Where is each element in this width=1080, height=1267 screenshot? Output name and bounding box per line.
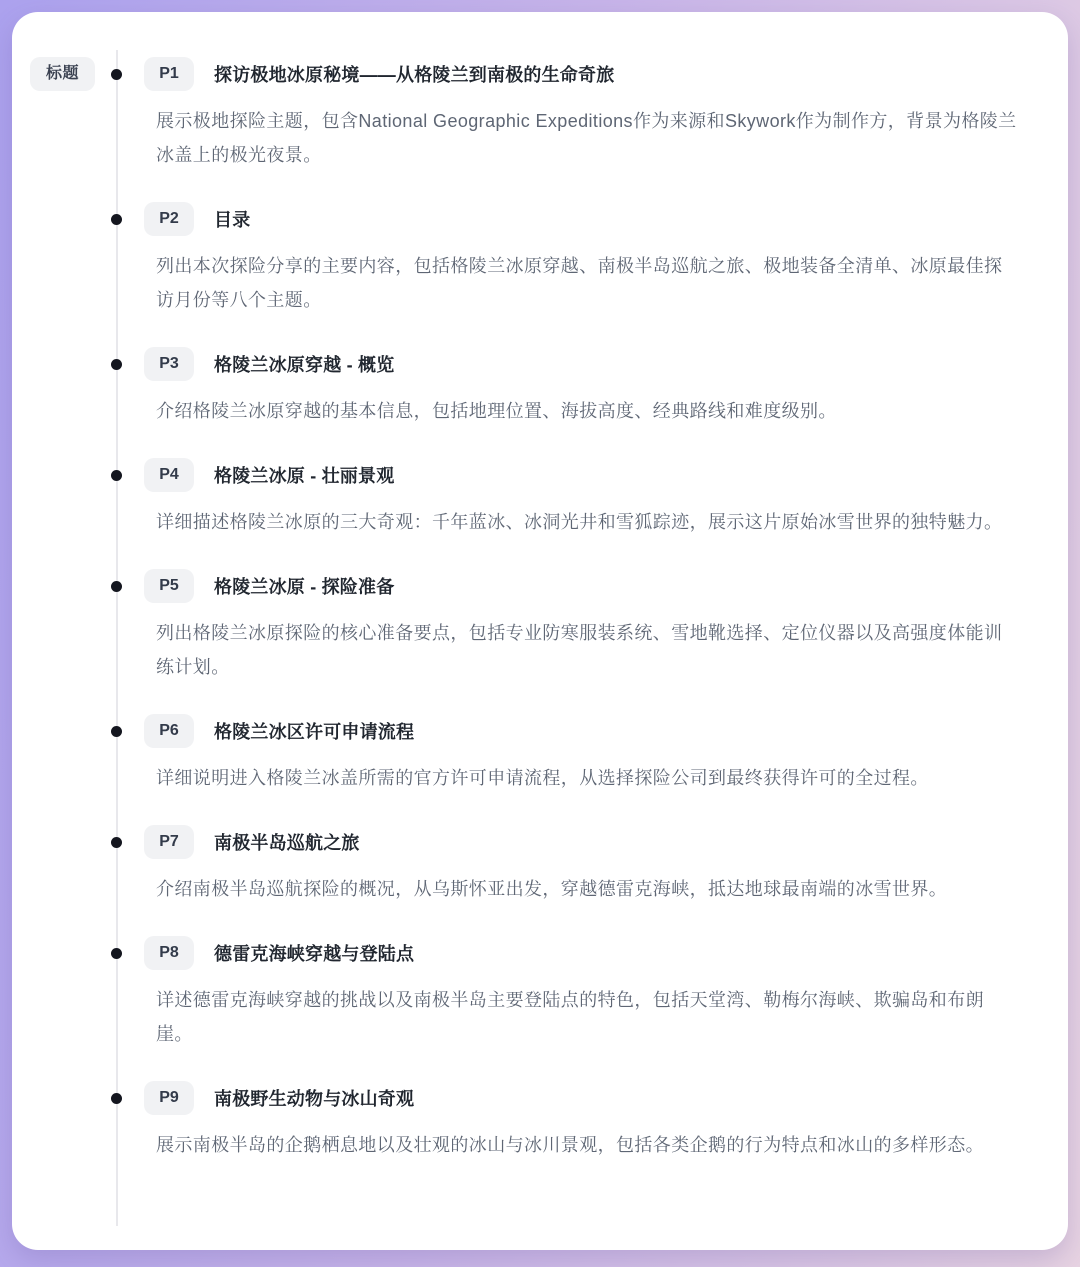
timeline-dot-icon <box>111 1093 122 1104</box>
entry-description: 列出本次探险分享的主要内容，包括格陵兰冰原穿越、南极半岛巡航之旅、极地装备全清单… <box>156 249 1020 317</box>
entry-description: 展示南极半岛的企鹅栖息地以及壮观的冰山与冰川景观，包括各类企鹅的行为特点和冰山的… <box>156 1128 1020 1162</box>
timeline-dot-icon <box>111 214 122 225</box>
entry-header: P5 格陵兰冰原 - 探险准备 <box>144 569 1020 603</box>
timeline-dot-icon <box>111 948 122 959</box>
entry-description: 详细描述格陵兰冰原的三大奇观：千年蓝冰、冰洞光井和雪狐踪迹，展示这片原始冰雪世界… <box>156 505 1020 539</box>
outline-entry[interactable]: P1 探访极地冰原秘境——从格陵兰到南极的生命奇旅 展示极地探险主题，包含Nat… <box>144 57 1020 172</box>
page-number-badge: P3 <box>144 347 194 381</box>
entry-title: 格陵兰冰原 - 壮丽景观 <box>214 462 394 488</box>
entry-title: 德雷克海峡穿越与登陆点 <box>214 940 414 966</box>
page-number-badge: P1 <box>144 57 194 91</box>
entry-header: P9 南极野生动物与冰山奇观 <box>144 1081 1020 1115</box>
outline-entry[interactable]: P5 格陵兰冰原 - 探险准备 列出格陵兰冰原探险的核心准备要点，包括专业防寒服… <box>144 569 1020 684</box>
page-number-badge: P9 <box>144 1081 194 1115</box>
outline-entry[interactable]: P6 格陵兰冰区许可申请流程 详细说明进入格陵兰冰盖所需的官方许可申请流程，从选… <box>144 714 1020 795</box>
entry-title: 探访极地冰原秘境——从格陵兰到南极的生命奇旅 <box>214 61 614 87</box>
timeline-dot-icon <box>111 69 122 80</box>
entry-description: 详细说明进入格陵兰冰盖所需的官方许可申请流程，从选择探险公司到最终获得许可的全过… <box>156 761 1020 795</box>
page-number-badge: P2 <box>144 202 194 236</box>
page-number-badge: P5 <box>144 569 194 603</box>
page-number-badge: P6 <box>144 714 194 748</box>
entry-description: 介绍南极半岛巡航探险的概况，从乌斯怀亚出发，穿越德雷克海峡，抵达地球最南端的冰雪… <box>156 872 1020 906</box>
entry-header: P8 德雷克海峡穿越与登陆点 <box>144 936 1020 970</box>
outline-entry[interactable]: P3 格陵兰冰原穿越 - 概览 介绍格陵兰冰原穿越的基本信息，包括地理位置、海拔… <box>144 347 1020 428</box>
outline-entry[interactable]: P2 目录 列出本次探险分享的主要内容，包括格陵兰冰原穿越、南极半岛巡航之旅、极… <box>144 202 1020 317</box>
outline-entry[interactable]: P4 格陵兰冰原 - 壮丽景观 详细描述格陵兰冰原的三大奇观：千年蓝冰、冰洞光井… <box>144 458 1020 539</box>
outline-entry[interactable]: P7 南极半岛巡航之旅 介绍南极半岛巡航探险的概况，从乌斯怀亚出发，穿越德雷克海… <box>144 825 1020 906</box>
entry-header: P6 格陵兰冰区许可申请流程 <box>144 714 1020 748</box>
outline-card: 标题 P1 探访极地冰原秘境——从格陵兰到南极的生命奇旅 展示极地探险主题，包含… <box>12 12 1068 1250</box>
entry-header: P1 探访极地冰原秘境——从格陵兰到南极的生命奇旅 <box>144 57 1020 91</box>
page-number-badge: P4 <box>144 458 194 492</box>
timeline-dot-icon <box>111 581 122 592</box>
entry-header: P4 格陵兰冰原 - 壮丽景观 <box>144 458 1020 492</box>
entry-description: 详述德雷克海峡穿越的挑战以及南极半岛主要登陆点的特色，包括天堂湾、勒梅尔海峡、欺… <box>156 983 1020 1051</box>
entry-header: P3 格陵兰冰原穿越 - 概览 <box>144 347 1020 381</box>
entry-title: 南极半岛巡航之旅 <box>214 829 360 855</box>
entry-title: 格陵兰冰原穿越 - 概览 <box>214 351 394 377</box>
outline-entry[interactable]: P9 南极野生动物与冰山奇观 展示南极半岛的企鹅栖息地以及壮观的冰山与冰川景观，… <box>144 1081 1020 1162</box>
page-number-badge: P7 <box>144 825 194 859</box>
outline-entry-list: P1 探访极地冰原秘境——从格陵兰到南极的生命奇旅 展示极地探险主题，包含Nat… <box>116 57 1020 1210</box>
entry-description: 列出格陵兰冰原探险的核心准备要点，包括专业防寒服装系统、雪地靴选择、定位仪器以及… <box>156 616 1020 684</box>
section-label-badge: 标题 <box>30 57 95 91</box>
entry-header: P7 南极半岛巡航之旅 <box>144 825 1020 859</box>
entry-header: P2 目录 <box>144 202 1020 236</box>
entry-title: 目录 <box>214 206 250 232</box>
page-number-badge: P8 <box>144 936 194 970</box>
entry-title: 格陵兰冰区许可申请流程 <box>214 718 414 744</box>
timeline-dot-icon <box>111 359 122 370</box>
timeline-dot-icon <box>111 837 122 848</box>
outline-entry[interactable]: P8 德雷克海峡穿越与登陆点 详述德雷克海峡穿越的挑战以及南极半岛主要登陆点的特… <box>144 936 1020 1051</box>
entry-description: 展示极地探险主题，包含National Geographic Expeditio… <box>156 104 1020 172</box>
entry-title: 南极野生动物与冰山奇观 <box>214 1085 414 1111</box>
timeline-line <box>116 50 118 1226</box>
timeline-dot-icon <box>111 726 122 737</box>
section-label-column: 标题 <box>30 57 116 1210</box>
entry-description: 介绍格陵兰冰原穿越的基本信息，包括地理位置、海拔高度、经典路线和难度级别。 <box>156 394 1020 428</box>
entry-title: 格陵兰冰原 - 探险准备 <box>214 573 394 599</box>
timeline-dot-icon <box>111 470 122 481</box>
